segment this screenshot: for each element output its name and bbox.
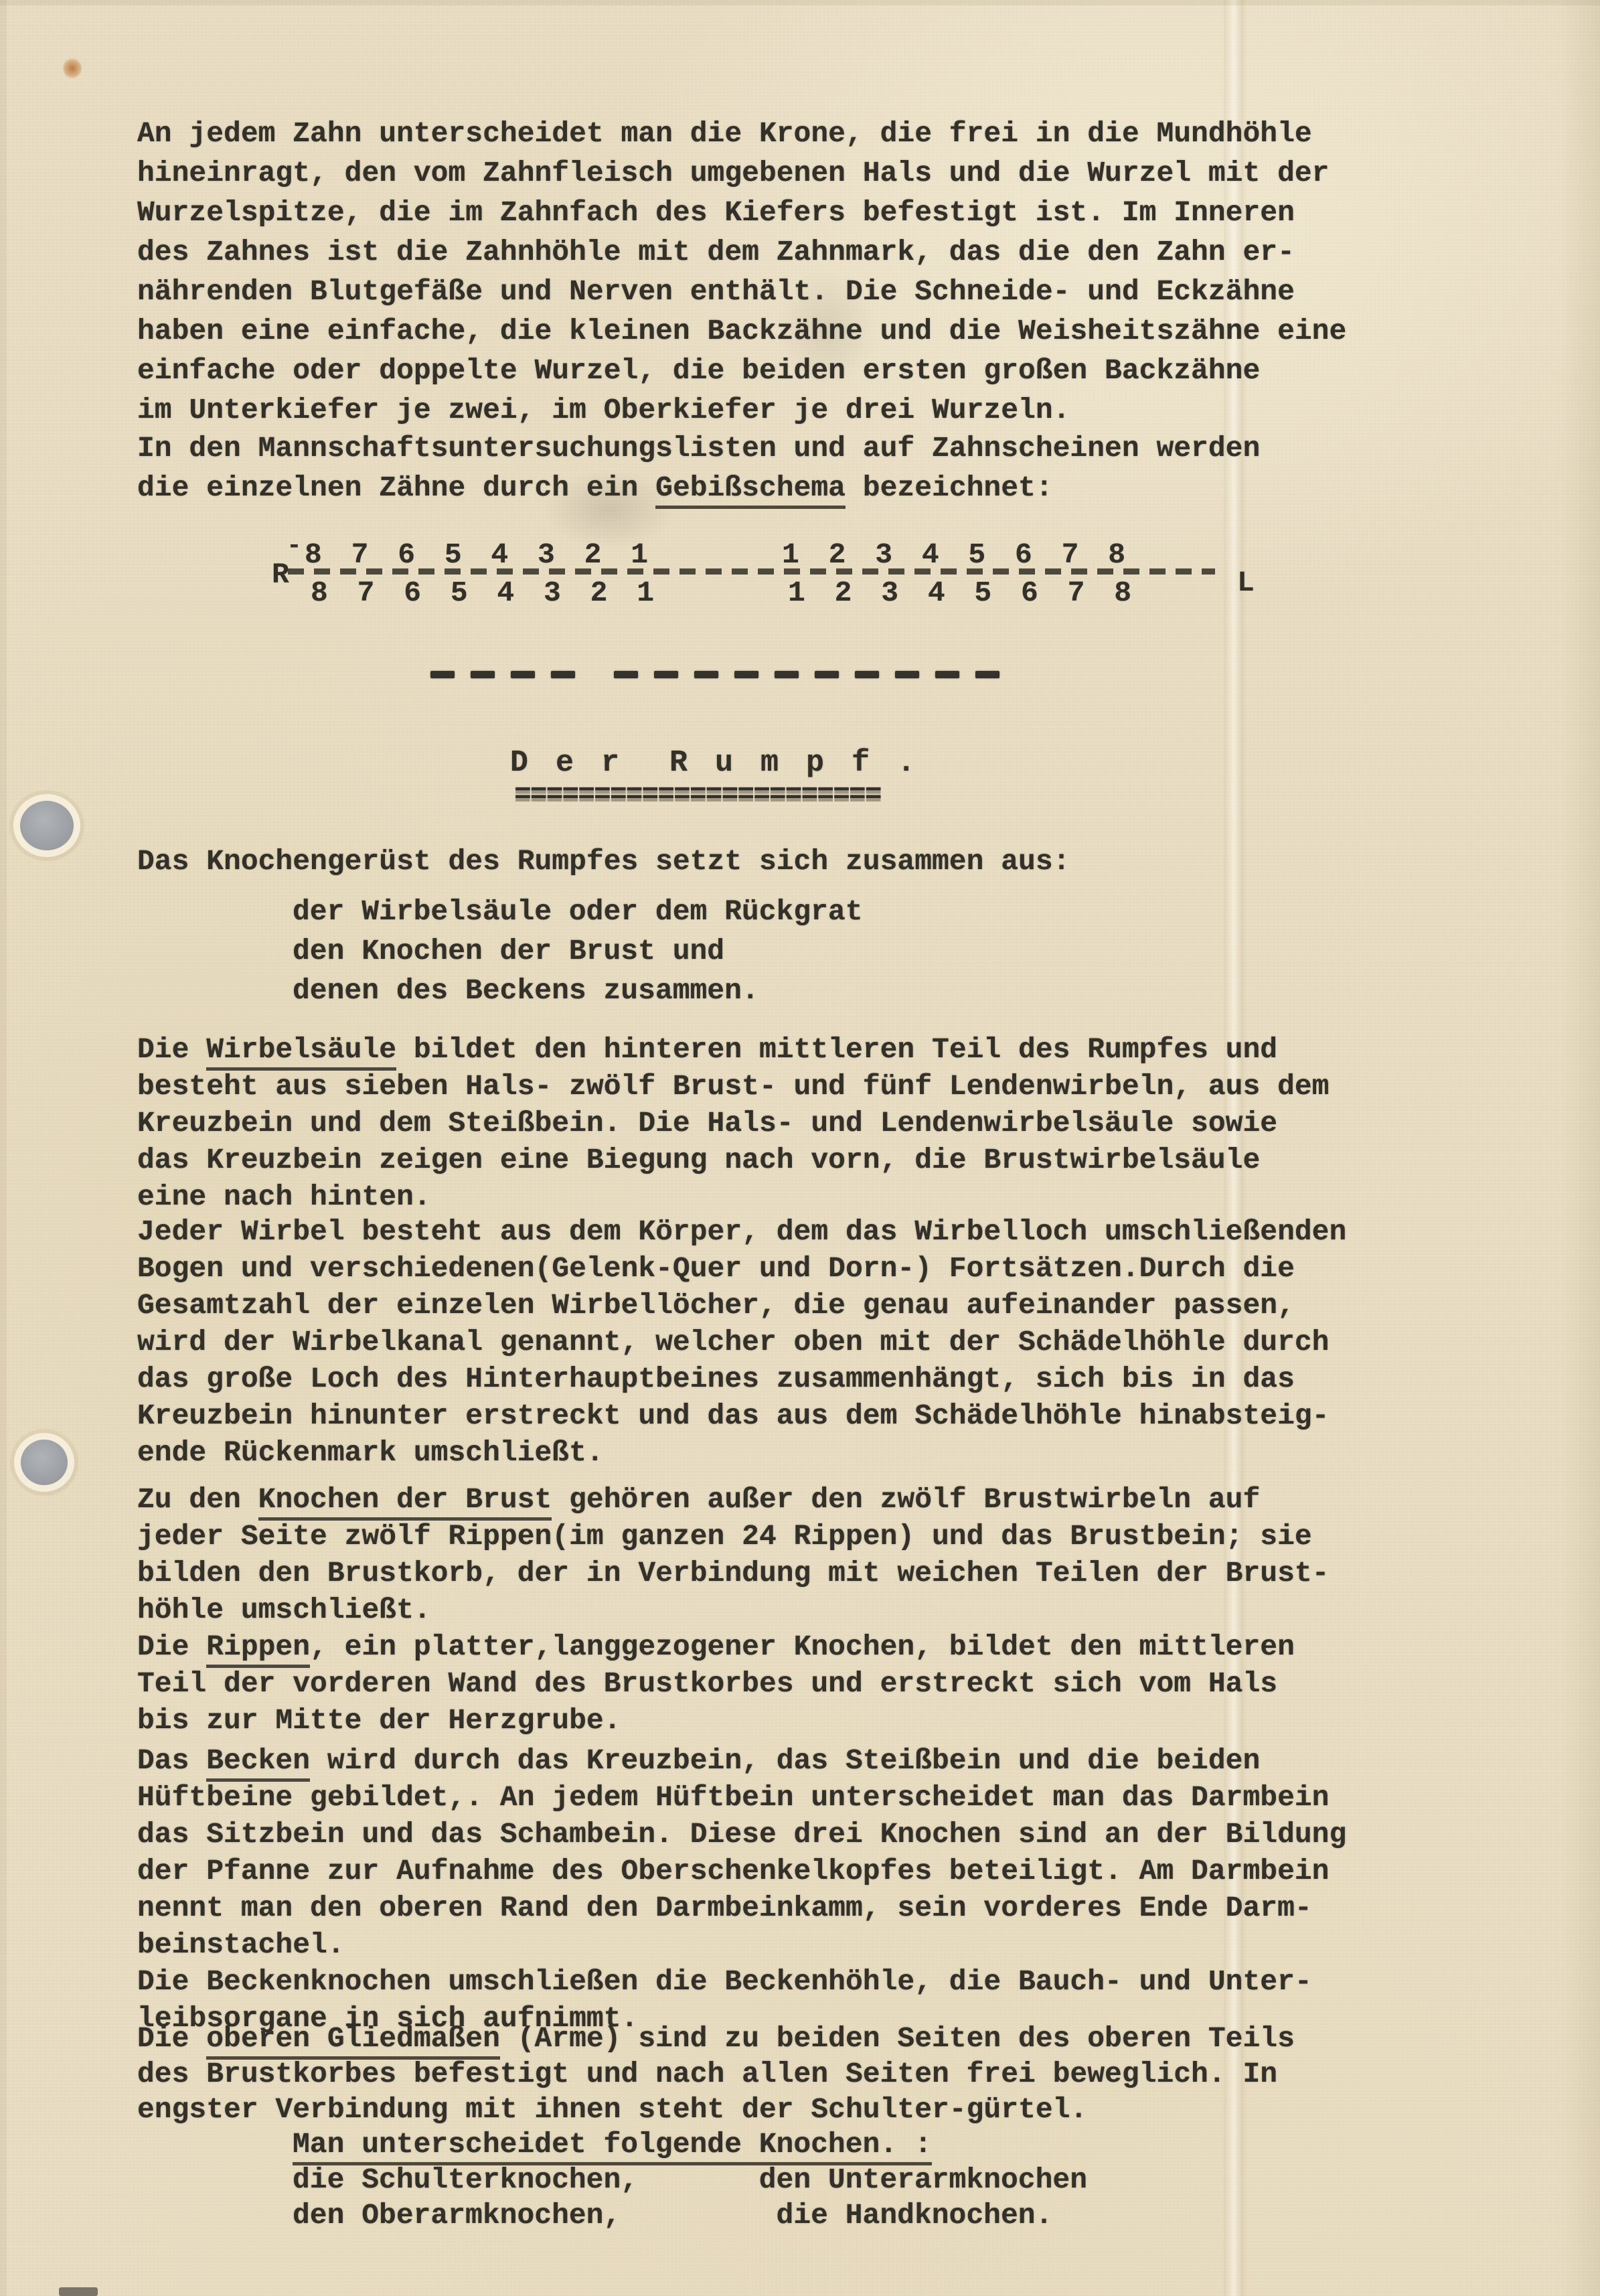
schema-upper-right-quadrant: 8 7 6 5 4 3 2 1 xyxy=(305,538,654,571)
section-title-underline: ======================= xyxy=(514,778,881,811)
punch-hole-top xyxy=(20,801,74,850)
paragraph-tooth-anatomy: An jedem Zahn unterscheidet man die Kron… xyxy=(137,114,1346,430)
paragraph-limb-bones-list: Man unterscheidet folgende Knochen. :die… xyxy=(293,2127,1087,2233)
separator-dashes xyxy=(430,671,999,678)
schema-upper-left-quadrant: 1 2 3 4 5 6 7 8 xyxy=(782,538,1131,571)
paragraph-dental-lists: In den Mannschaftsuntersuchungslisten un… xyxy=(137,429,1260,508)
punch-hole-bottom xyxy=(21,1440,68,1485)
paragraph-upper-limbs: Die oberen Gliedmaßen (Arme) sind zu bei… xyxy=(137,2021,1295,2127)
paragraph-chest-bones: Zu den Knochen der Brust gehören außer d… xyxy=(137,1481,1330,1739)
paragraph-pelvis: Das Becken wird durch das Kreuzbein, das… xyxy=(137,1742,1346,2037)
trunk-intro-line: Das Knochengerüst des Rumpfes setzt sich… xyxy=(137,845,1070,878)
scanned-typewritten-page: An jedem Zahn unterscheidet man die Kron… xyxy=(0,0,1600,2296)
schema-lower-left-quadrant: 1 2 3 4 5 6 7 8 xyxy=(788,577,1137,609)
paragraph-vertebra: Jeder Wirbel besteht aus dem Körper, dem… xyxy=(137,1213,1346,1471)
trunk-components-list: der Wirbelsäule oder dem Rückgratden Kno… xyxy=(293,892,863,1010)
schema-dashed-midline xyxy=(288,568,1215,575)
paper-edge-shadow xyxy=(0,0,1600,5)
schema-label-right-side: R xyxy=(272,558,289,591)
paper-edge-shadow xyxy=(1560,0,1600,2296)
paper-edge-shadow xyxy=(0,0,7,2296)
schema-lower-right-quadrant: 8 7 6 5 4 3 2 1 xyxy=(311,577,660,609)
schema-minus-sign: - xyxy=(287,532,302,560)
schema-label-left-side: L xyxy=(1237,566,1255,599)
scan-edge-mark xyxy=(59,2287,98,2296)
red-ink-spot xyxy=(63,58,82,79)
paragraph-spine: Die Wirbelsäule bildet den hinteren mitt… xyxy=(137,1031,1330,1215)
section-title: D e r R u m p f . xyxy=(510,746,920,780)
